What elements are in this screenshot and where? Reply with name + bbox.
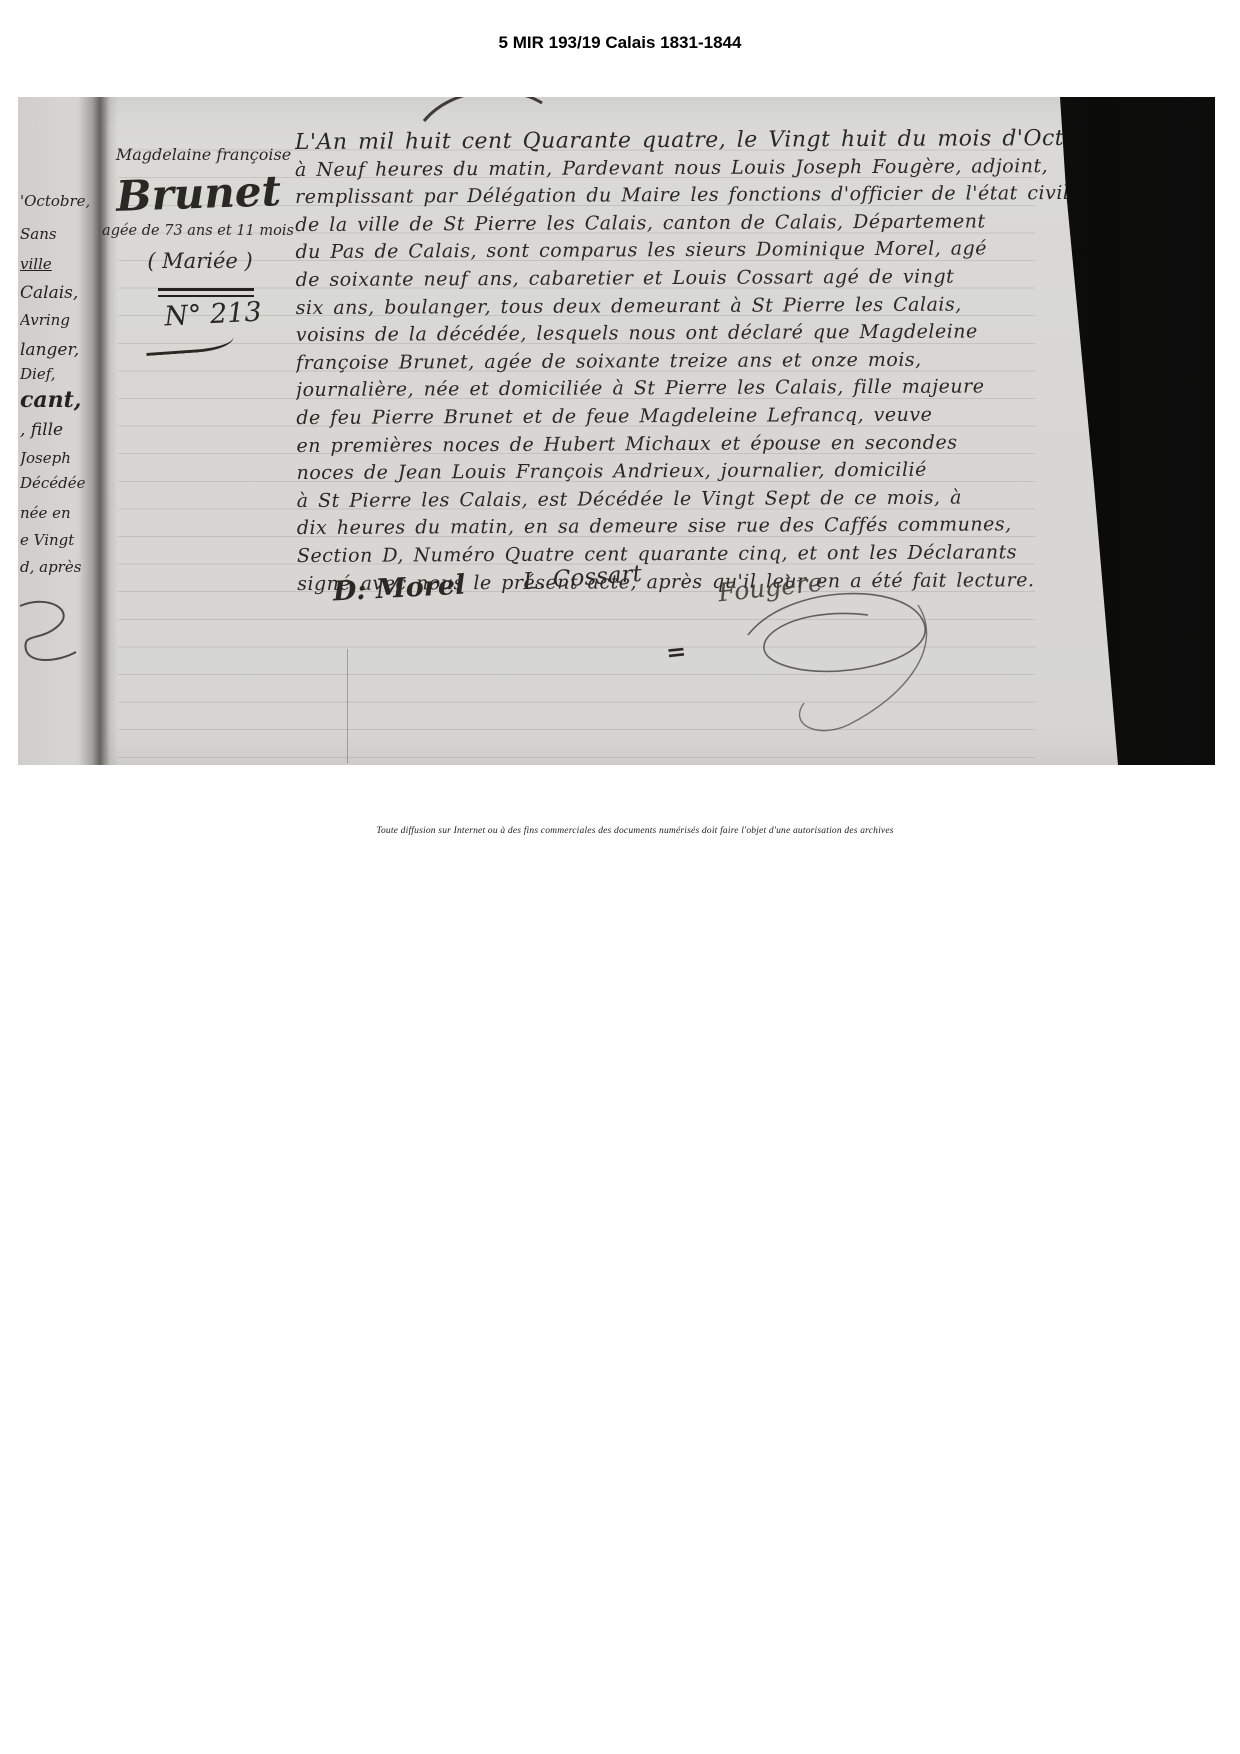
margin-name: Magdelaine françoise — [96, 145, 311, 164]
act-body-line: voisins de la décédée, lesquels nous ont… — [296, 318, 1071, 350]
act-body-line: à Neuf heures du matin, Pardevant nous L… — [295, 153, 1070, 185]
act-body-line: de la ville de St Pierre les Calais, can… — [295, 208, 1070, 240]
act-body-line: de soixante neuf ans, cabaretier et Loui… — [295, 263, 1070, 295]
act-body-line: en premières noces de Hubert Michaux et … — [296, 429, 1071, 461]
margin-age: agée de 73 ans et 11 mois — [70, 223, 326, 239]
pen-flourish — [18, 592, 80, 672]
margin-status: ( Mariée ) — [110, 249, 290, 273]
act-body-line: du Pas de Calais, sont comparus les sieu… — [295, 235, 1070, 267]
act-body-line: françoise Brunet, agée de soixante treiz… — [296, 346, 1071, 378]
copyright-notice: Toute diffusion sur Internet ou à des fi… — [30, 826, 1240, 836]
act-body-line: Section D, Numéro Quatre cent quarante c… — [297, 539, 1072, 571]
act-body-line: dix heures du matin, en sa demeure sise … — [297, 511, 1072, 543]
pen-equals-mark: = — [665, 636, 688, 667]
act-body-line: six ans, boulanger, tous deux demeurant … — [296, 291, 1071, 323]
act-body-line: remplissant par Délégation du Maire les … — [295, 180, 1070, 212]
margin-surname: Brunet — [75, 165, 322, 223]
scanned-register-page: 'Octobre, Sans ville Calais, Avring lang… — [18, 97, 1215, 765]
act-body-line: noces de Jean Louis François Andrieux, j… — [297, 456, 1072, 488]
archive-viewer-page: 5 MIR 193/19 Calais 1831-1844 'Octobre, … — [0, 0, 1240, 1754]
death-act-body: L'An mil huit cent Quarante quatre, le V… — [295, 125, 1072, 598]
signature-flourish — [708, 575, 948, 735]
page-title: 5 MIR 193/19 Calais 1831-1844 — [0, 33, 1240, 53]
act-body-line: à St Pierre les Calais, est Décédée le V… — [297, 484, 1072, 516]
margin-double-rule — [158, 288, 254, 297]
pen-flourish — [418, 97, 548, 125]
paper-crease — [347, 649, 348, 763]
act-body-line: journalière, née et domiciliée à St Pier… — [296, 373, 1071, 405]
act-body-line: L'An mil huit cent Quarante quatre, le V… — [295, 125, 1070, 157]
act-body-line: de feu Pierre Brunet et de feue Magdelei… — [296, 401, 1071, 433]
